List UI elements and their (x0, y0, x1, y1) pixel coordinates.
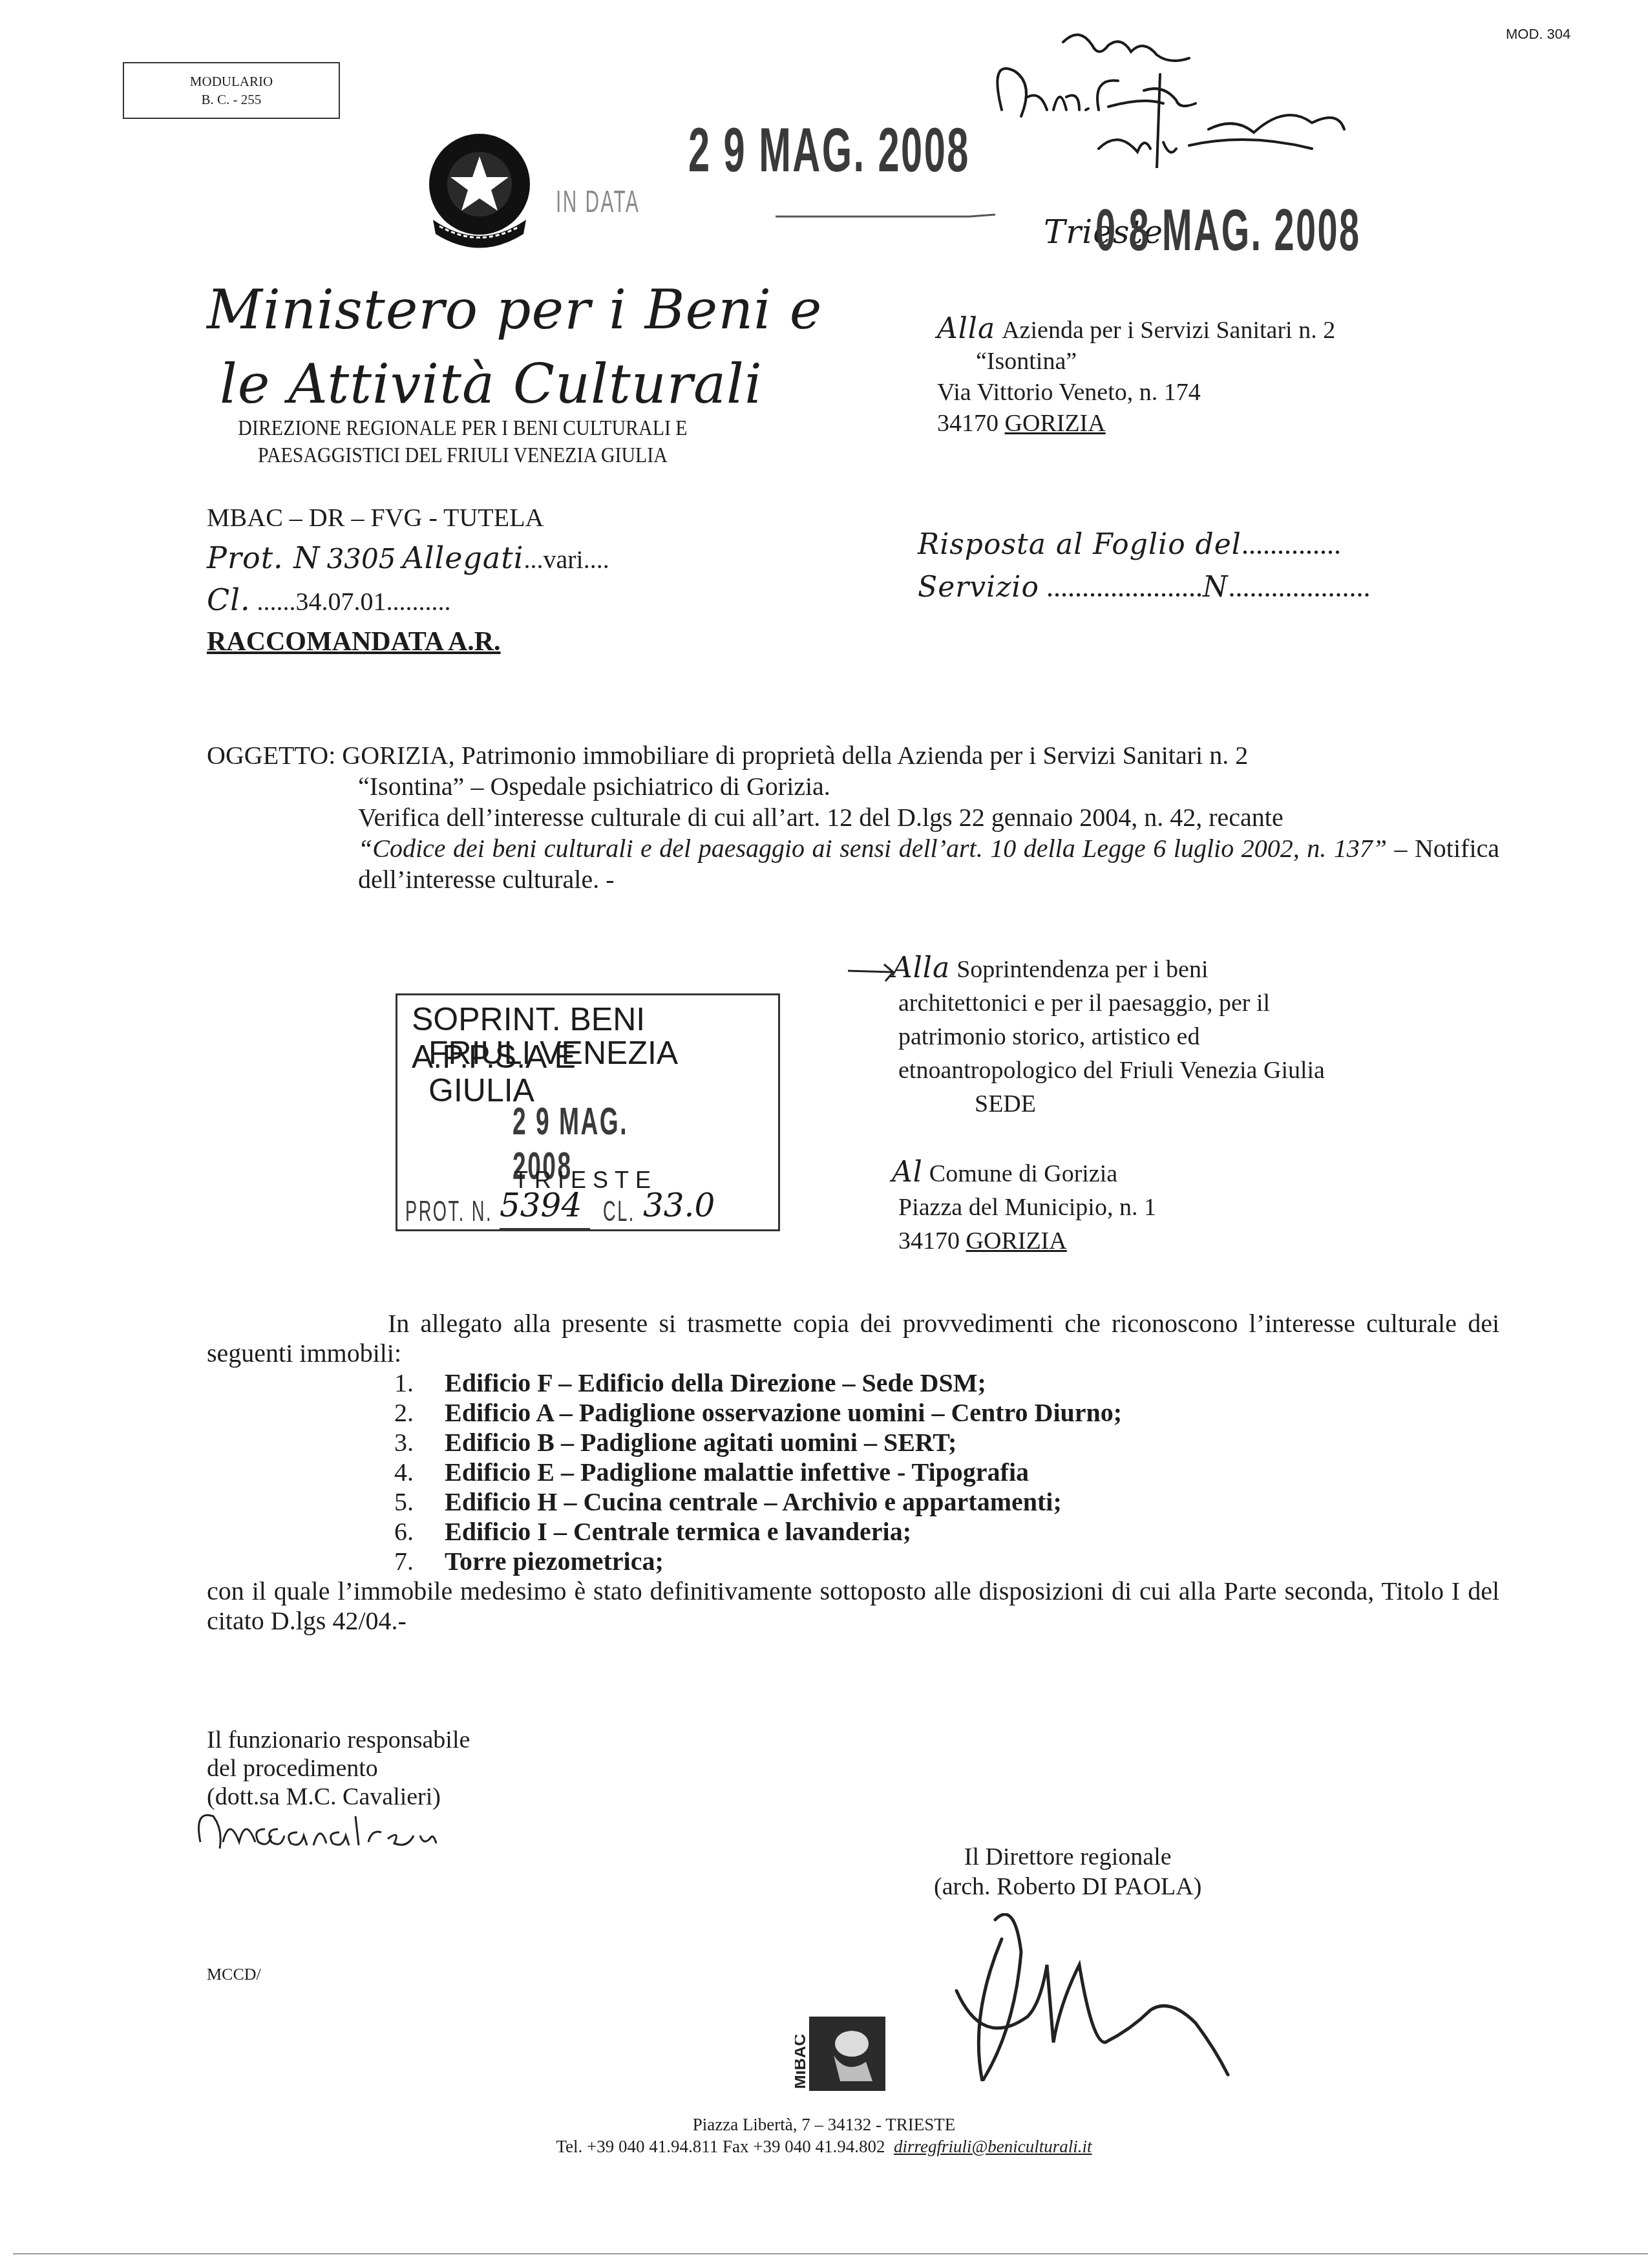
letter-body: In allegato alla presente si trasmette c… (207, 1309, 1499, 1636)
soprintendenza-received-stamp: SOPRINT. BENI A.P.P.S.A E FRIULI VENEZIA… (396, 993, 780, 1231)
prot-label: Prot. N (207, 540, 321, 575)
cl-value: ......34.07.01.......... (257, 587, 451, 616)
list-number: 7. (394, 1547, 445, 1576)
addressee-soprintendenza: AllaSoprintendenza per i beni architetto… (892, 951, 1325, 1121)
list-text: Edificio H – Cucina centrale – Archivio … (445, 1487, 1062, 1516)
list-number: 3. (394, 1428, 445, 1457)
handwritten-annotation (950, 19, 1532, 168)
list-number: 4. (394, 1457, 445, 1487)
subject-label: OGGETTO: (207, 741, 335, 770)
modulario-code: B. C. - 255 (124, 90, 339, 109)
send-date-stamp: 0 8 MAG. 2008 (1095, 198, 1361, 264)
cl-label: Cl. (207, 582, 251, 617)
list-text: Edificio I – Centrale termica e lavander… (445, 1517, 911, 1546)
building-list: 1.Edificio F – Edificio della Direzione … (207, 1368, 1499, 1576)
svg-text:MiBAC: MiBAC (795, 2034, 809, 2089)
allegati-value: ...vari.... (523, 545, 609, 574)
footer-address: Piazza Libertà, 7 – 34132 - TRIESTE (388, 2114, 1260, 2136)
list-number: 5. (394, 1487, 445, 1517)
received-stamp-label: IN DATA (556, 184, 640, 220)
subject-block: OGGETTO: GORIZIA, Patrimonio immobiliare… (207, 740, 1499, 895)
ministry-name-line2: le Attività Culturali (220, 352, 763, 416)
list-text: Edificio B – Padiglione agitati uomini –… (445, 1428, 956, 1457)
office-code: MBAC – DR – FVG - TUTELA (207, 498, 609, 538)
bottom-rule (13, 2253, 1648, 2254)
footer-phone-fax: Tel. +39 040 41.94.811 Fax +39 040 41.94… (556, 2137, 885, 2156)
responsible-official: Il funzionario responsabile del procedim… (207, 1726, 470, 1811)
list-text: Edificio F – Edificio della Direzione – … (445, 1368, 986, 1397)
protocol-references: MBAC – DR – FVG - TUTELA Prot. N 3305 Al… (207, 498, 609, 662)
building-list-item: 4.Edificio E – Padiglione malattie infet… (207, 1457, 1499, 1487)
ministry-name-line1: Ministero per i Beni e (207, 278, 823, 341)
protocol-line: Prot. N 3305 Allegati...vari.... (207, 538, 609, 580)
body-closing: con il quale l’immobile medesimo è stato… (207, 1576, 1499, 1636)
list-text: Edificio E – Padiglione malattie infetti… (445, 1457, 1029, 1487)
list-text: Edificio A – Padiglione osservazione uom… (445, 1398, 1122, 1427)
directorate-name: DIREZIONE REGIONALE PER I BENI CULTURALI… (207, 415, 719, 469)
classification-line: Cl. ......34.07.01.......... (207, 580, 609, 622)
raccomandata-label: RACCOMANDATA A.R. (207, 622, 609, 662)
regional-director: Il Direttore regionale (arch. Roberto DI… (934, 1842, 1201, 1902)
received-stamp-date: 2 9 MAG. 2008 (688, 115, 970, 186)
modulario-box: MODULARIO B. C. - 255 (123, 62, 340, 119)
reply-fields: Risposta al Foglio del.............. Ser… (918, 524, 1370, 609)
mibac-logo: MiBAC (795, 2017, 885, 2091)
list-number: 1. (394, 1368, 445, 1398)
building-list-item: 2.Edificio A – Padiglione osservazione u… (207, 1398, 1499, 1428)
list-number: 2. (394, 1398, 445, 1428)
modulario-label: MODULARIO (124, 72, 339, 90)
building-list-item: 3.Edificio B – Padiglione agitati uomini… (207, 1428, 1499, 1457)
list-number: 6. (394, 1517, 445, 1547)
allegati-label: Allegati (403, 540, 524, 575)
director-signature (944, 1913, 1409, 2081)
stamp-arrow-icon (776, 213, 995, 220)
building-list-item: 5.Edificio H – Cucina centrale – Archivi… (207, 1487, 1499, 1517)
drafter-initials: MCCD/ (207, 1965, 261, 1984)
addressee-asl: AllaAzienda per i Servizi Sanitari n. 2 … (937, 313, 1335, 439)
official-signature (194, 1803, 491, 1855)
list-text: Torre piezometrica; (445, 1547, 664, 1576)
body-intro: In allegato alla presente si trasmette c… (207, 1309, 1499, 1368)
prot-number: 3305 (327, 543, 396, 575)
sopr-prot-number: 5394 (500, 1187, 582, 1224)
footer-email-link[interactable]: dirregfriuli@beniculturali.it (894, 2137, 1092, 2156)
building-list-item: 1.Edificio F – Edificio della Direzione … (207, 1368, 1499, 1398)
addressee-comune: AlComune di Gorizia Piazza del Municipio… (892, 1156, 1156, 1258)
italian-republic-emblem-icon (414, 123, 546, 255)
footer-contacts: Piazza Libertà, 7 – 34132 - TRIESTE Tel.… (388, 2114, 1260, 2157)
building-list-item: 6.Edificio I – Centrale termica e lavand… (207, 1517, 1499, 1547)
building-list-item: 7.Torre piezometrica; (207, 1547, 1499, 1576)
alla-prefix: Alla (937, 312, 995, 345)
sopr-cl-number: 33.0 (643, 1187, 715, 1224)
